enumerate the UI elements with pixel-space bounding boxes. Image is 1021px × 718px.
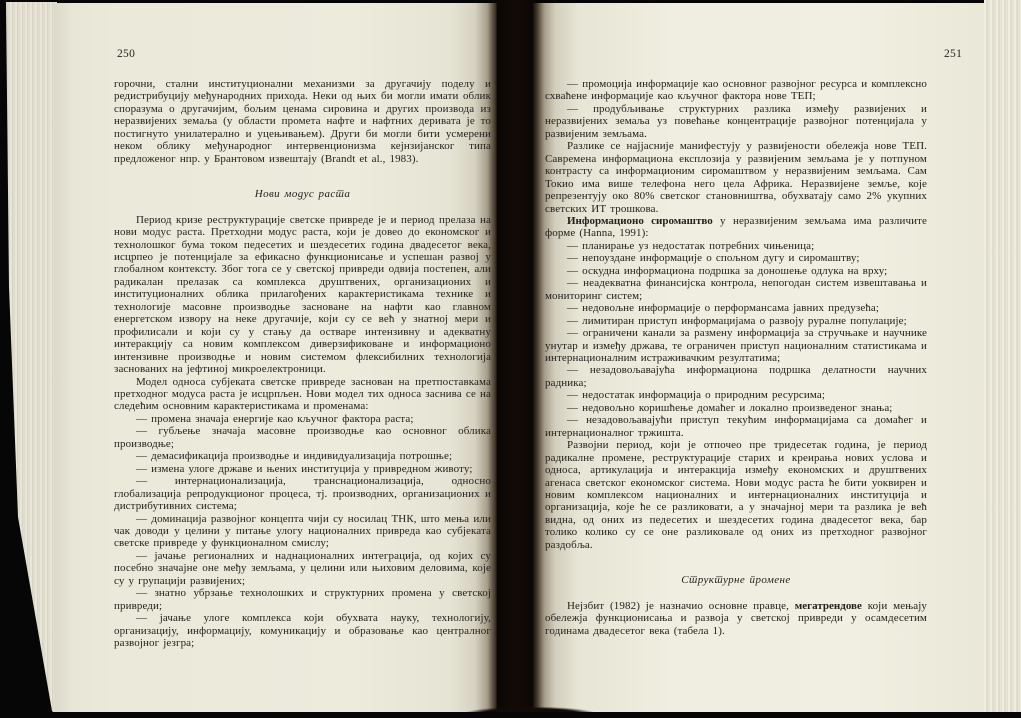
list-item: — планирање уз недостатак потребних чиње… (545, 240, 927, 252)
paragraph: Развојни период, који је отпочео пре три… (545, 439, 927, 551)
section-heading: Структурне промене (545, 574, 927, 586)
list-item: — интернационализација, транснационализа… (114, 475, 491, 512)
paragraph: горочни, стални институционални механизм… (114, 78, 491, 165)
section-heading: Нови модус раста (114, 188, 491, 200)
list-item: — демасификација производње и индивидуал… (114, 450, 491, 462)
list-item: — доминација развојног концепта чији су … (114, 513, 491, 550)
book-scan: 250 251 горочни, стални институционални … (0, 0, 1021, 718)
list-item: — непоуздане информације о спољном дугу … (545, 252, 927, 264)
paragraph: Период кризе реструктурације светске при… (114, 214, 491, 376)
page-number-right: 251 (944, 48, 962, 60)
list-item: — неадекватна финансијска контрола, непо… (545, 277, 927, 302)
list-item: — недовољно коришћење домаћег и локално … (545, 402, 927, 414)
page-number-left: 250 (117, 48, 135, 60)
list-item: — лимитиран приступ информацијама о разв… (545, 315, 927, 327)
paragraph: Нејзбит (1982) је назначио основне правц… (545, 600, 927, 637)
paragraph: Модел односа субјеката светске привреде … (114, 376, 491, 413)
page-stack-edge-right (984, 0, 1021, 714)
list-item: — незадовољавајућа информациона подршка … (545, 364, 927, 389)
right-page-text: — промоција информације као основног раз… (545, 78, 927, 637)
list-item: — недостатак информација о природним рес… (545, 389, 927, 401)
list-item: — продубљивање структурних разлика измеђ… (545, 103, 927, 140)
list-item: — оскудна информациона подршка за доноше… (545, 265, 927, 277)
list-item: — незадовољавајући приступ текућим инфор… (545, 414, 927, 439)
list-item: — знатно убрзање технолошких и структурн… (114, 587, 491, 612)
scan-background-bottom (0, 712, 1021, 718)
list-item: — измена улоге државе и њених институциј… (114, 463, 491, 475)
list-item: — јачање регионалних и наднационалних ин… (114, 550, 491, 587)
left-page-text: горочни, стални институционални механизм… (114, 78, 491, 649)
paragraph: Разлике се најјасније манифестују у разв… (545, 140, 927, 215)
list-item: — губљење значаја масовне производње као… (114, 425, 491, 450)
list-item: — промоција информације као основног раз… (545, 78, 927, 103)
paragraph: Информационо сиромаштво у неразвијеним з… (545, 215, 927, 240)
list-item: — промена значаја енергије као кључног ф… (114, 413, 491, 425)
list-item: — ограничени канали за размену информаци… (545, 327, 927, 364)
list-item: — недовољне информације о перформансама … (545, 302, 927, 314)
list-item: — јачање улоге комплекса који обухвата н… (114, 612, 491, 649)
